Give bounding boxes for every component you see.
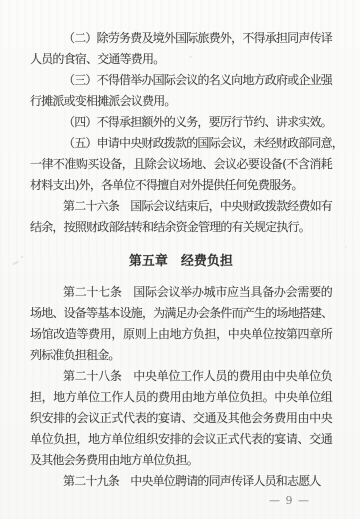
text-line: 单位负担，地方单位组织安排的会议正式代表的宴请、交通 [30,429,332,450]
text-line: （四）不得承担额外的义务，要厉行节约、讲求实效。 [30,112,332,133]
text-line: 织安排的会议正式代表的宴请、交通及其他会务费用由中央 [30,408,332,429]
scan-artifact [12,261,19,266]
scan-artifact [345,246,347,248]
text-line: 结余，按照财政部结转和结余资金管理的有关规定执行。 [30,217,332,238]
scanned-document-page: （二）除劳务费及境外国际旅费外，不得承担同声传译人员的食宿、交通等费用。（三）不… [0,0,360,519]
document-body: （二）除劳务费及境外国际旅费外，不得承担同声传译人员的食宿、交通等费用。（三）不… [30,28,332,492]
scan-artifact [189,56,192,58]
text-line: 担，地方单位工作人员的费用由地方单位负担。中央单位组 [30,387,332,408]
text-line: 及其他会务费用由地方单位负担。 [30,450,332,471]
text-line: 材料支出)外，各单位不得擅自对外提供任何免费服务。 [30,175,332,196]
text-line: 一律不准购买设备，且除会议场地、会议必要设备(不含消耗 [30,154,332,175]
scan-artifact [21,256,23,258]
text-line: 列标准负担租金。 [30,345,332,366]
text-line: （五）申请中央财政拨款的国际会议，未经财政部同意， [30,133,332,154]
chapter-heading: 第五章 经费负担 [30,251,332,272]
text-line: 场馆改造等费用，原则上由地方负担，中央单位按第四章所 [30,324,332,345]
text-line: 第二十六条 国际会议结束后，中央财政拨款经费如有 [30,196,332,217]
text-line: 第二十八条 中央单位工作人员的费用由中央单位负 [30,366,332,387]
text-line: 行摊派或变相摊派会议费用。 [30,91,332,112]
text-line: 第二十九条 中央单位聘请的同声传译人员和志愿人 [30,471,332,492]
text-line: （三）不得借举办国际会议的名义向地方政府或企业强 [30,70,332,91]
text-line: 人员的食宿、交通等费用。 [30,49,332,70]
text-line: 第二十七条 国际会议举办城市应当具备办会需要的 [30,282,332,303]
page-number: — 9 — [269,494,310,507]
text-line: 场地、设备等基本设施，为满足办会条件而产生的场地搭建、 [30,303,332,324]
text-line: （二）除劳务费及境外国际旅费外，不得承担同声传译 [30,28,332,49]
